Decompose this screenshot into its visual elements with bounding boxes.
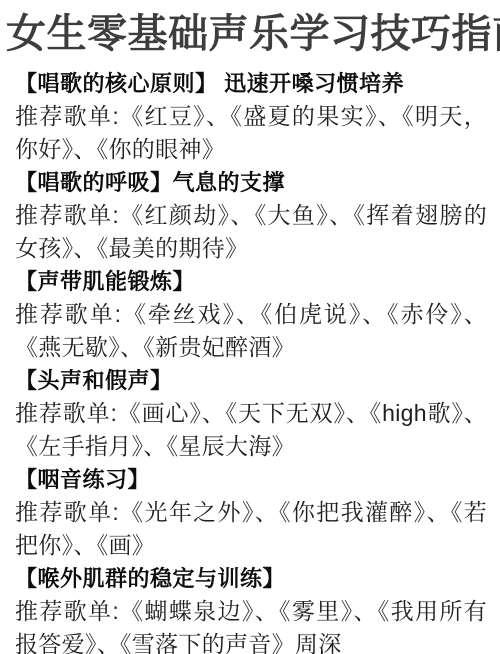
guide-content: 【唱歌的核心原则】 迅速开嗓习惯培养 推荐歌单:《红豆》、《盛夏的果实》、《明天… <box>0 67 500 654</box>
section-body: 推荐歌单:《牵丝戏》、《伯虎说》、《赤伶》、《燕无歇》、《新贵妃醉酒》 <box>15 298 487 364</box>
section-heading: 【咽音练习】 <box>15 463 487 496</box>
section-core-principles: 【唱歌的核心原则】 迅速开嗓习惯培养 推荐歌单:《红豆》、《盛夏的果实》、《明天… <box>15 67 487 166</box>
section-heading: 【喉外肌群的稳定与训练】 <box>15 562 487 595</box>
section-pharyngeal-practice: 【咽音练习】 推荐歌单:《光年之外》、《你把我灌醉》、《若把你》、《画》 <box>15 463 487 562</box>
section-body: 推荐歌单:《光年之外》、《你把我灌醉》、《若把你》、《画》 <box>15 496 487 562</box>
section-body: 推荐歌单:《红颜劫》、《大鱼》、《挥着翅膀的女孩》、《最美的期待》 <box>15 199 487 265</box>
section-larynx-muscle-stability: 【喉外肌群的稳定与训练】 推荐歌单:《蝴蝶泉边》、《雾里》、《我用所有报答爱》、… <box>15 562 487 654</box>
page-title: 女生零基础声乐学习技巧指南 <box>6 10 496 59</box>
section-heading: 【唱歌的呼吸】气息的支撑 <box>15 166 487 199</box>
section-body: 推荐歌单:《蝴蝶泉边》、《雾里》、《我用所有报答爱》、《雪落下的声音》周深 <box>15 595 487 654</box>
section-vocal-cord-training: 【声带肌能锻炼】 推荐歌单:《牵丝戏》、《伯虎说》、《赤伶》、《燕无歇》、《新贵… <box>15 265 487 364</box>
section-head-voice-falsetto: 【头声和假声】 推荐歌单:《画心》、《天下无双》、《high歌》、《左手指月》、… <box>15 364 487 463</box>
section-heading: 【头声和假声】 <box>15 364 487 397</box>
guide-card: 女生零基础声乐学习技巧指南 【唱歌的核心原则】 迅速开嗓习惯培养 推荐歌单:《红… <box>0 0 500 654</box>
section-heading: 【声带肌能锻炼】 <box>15 265 487 298</box>
section-body: 推荐歌单:《画心》、《天下无双》、《high歌》、《左手指月》、《星辰大海》 <box>15 397 487 463</box>
section-breathing: 【唱歌的呼吸】气息的支撑 推荐歌单:《红颜劫》、《大鱼》、《挥着翅膀的女孩》、《… <box>15 166 487 265</box>
section-heading: 【唱歌的核心原则】 迅速开嗓习惯培养 <box>15 67 487 100</box>
section-body: 推荐歌单:《红豆》、《盛夏的果实》、《明天，你好》、《你的眼神》 <box>15 100 487 166</box>
